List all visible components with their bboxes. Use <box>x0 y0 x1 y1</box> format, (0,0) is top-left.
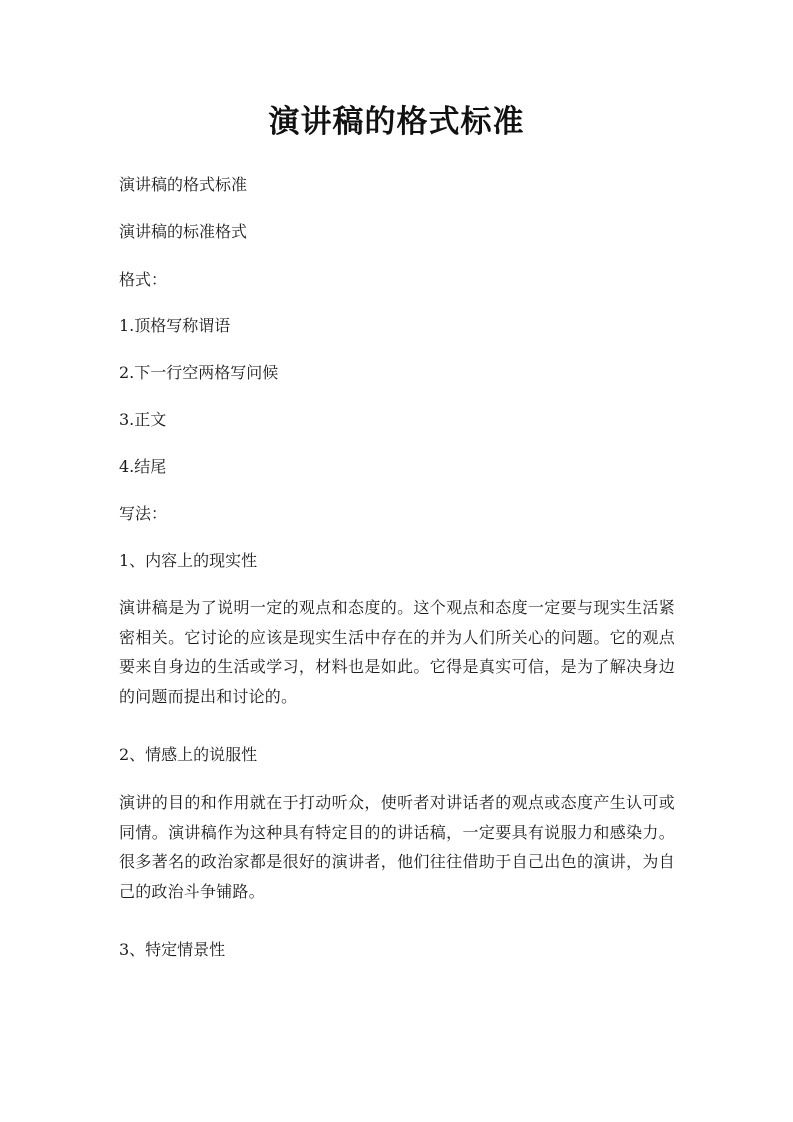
list-item: 3.正文 <box>119 410 166 430</box>
section-heading: 3、特定情景性 <box>119 940 225 960</box>
section-label-format: 格式： <box>119 270 167 290</box>
section-heading: 2、情感上的说服性 <box>119 745 257 765</box>
list-item: 2.下一行空两格写问候 <box>119 363 278 383</box>
paragraph: 演讲稿是为了说明一定的观点和态度的。这个观点和态度一定要与现实生活紧密相关。它讨… <box>119 593 675 711</box>
subtitle-line: 演讲稿的格式标准 <box>119 175 247 195</box>
paragraph: 演讲的目的和作用就在于打动听众，使听者对讲话者的观点或态度产生认可或同情。演讲稿… <box>119 788 675 906</box>
document-title: 演讲稿的格式标准 <box>0 96 793 141</box>
list-item: 4.结尾 <box>119 457 166 477</box>
list-item: 1.顶格写称谓语 <box>119 316 230 336</box>
section-label-writing: 写法： <box>119 504 167 524</box>
section-heading: 1、内容上的现实性 <box>119 551 257 571</box>
subtitle-line: 演讲稿的标准格式 <box>119 222 247 242</box>
